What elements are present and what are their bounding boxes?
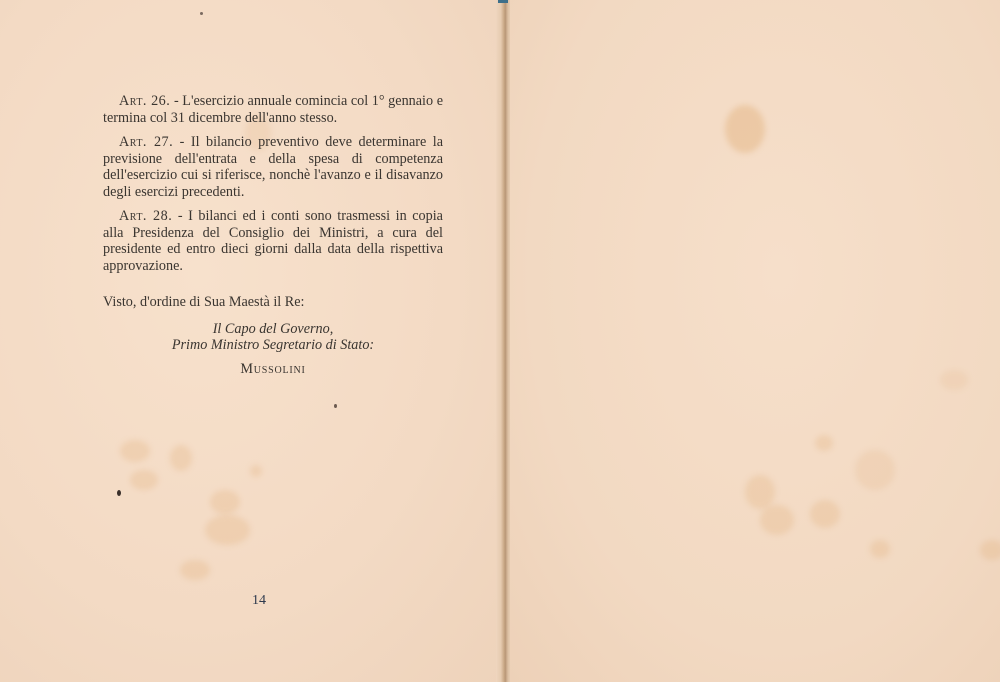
foxing-stain — [180, 560, 210, 580]
ink-speck — [334, 404, 337, 408]
foxing-stain — [745, 475, 775, 509]
signature-name: Mussolini — [103, 361, 443, 378]
foxing-stain — [810, 500, 840, 528]
article-label: Art. 26. — [119, 93, 170, 109]
foxing-stain — [940, 370, 968, 390]
foxing-stain — [120, 440, 150, 462]
foxing-stain — [855, 450, 895, 490]
foxing-stain — [170, 445, 192, 471]
book-spread: Art. 26. - L'esercizio annuale comincia … — [0, 0, 1000, 682]
article-label: Art. 28. — [119, 208, 172, 224]
article-26: Art. 26. - L'esercizio annuale comincia … — [103, 93, 443, 126]
page-number: 14 — [252, 593, 266, 609]
article-label: Art. 27. — [119, 134, 173, 150]
foxing-stain — [725, 105, 765, 153]
left-page: Art. 26. - L'esercizio annuale comincia … — [0, 0, 500, 682]
foxing-stain — [980, 540, 1000, 560]
foxing-stain — [250, 465, 262, 477]
foxing-stain — [870, 540, 890, 558]
signature-title-line1: Il Capo del Governo, — [103, 321, 443, 337]
ink-speck — [200, 12, 203, 15]
visto-line: Visto, d'ordine di Sua Maestà il Re: — [103, 294, 443, 311]
gutter-top-edge — [498, 0, 508, 3]
right-page — [510, 0, 1000, 682]
foxing-stain — [210, 490, 240, 514]
foxing-stain — [815, 435, 833, 451]
foxing-stain — [130, 470, 158, 490]
article-text-block: Art. 26. - L'esercizio annuale comincia … — [103, 93, 443, 377]
ink-speck — [117, 490, 121, 496]
foxing-stain — [760, 505, 794, 535]
foxing-stain — [205, 515, 250, 545]
article-28: Art. 28. - I bilanci ed i conti sono tra… — [103, 208, 443, 274]
signature-block: Il Capo del Governo, Primo Ministro Segr… — [103, 321, 443, 353]
signature-title-line2: Primo Ministro Segretario di Stato: — [103, 337, 443, 353]
article-27: Art. 27. - Il bilancio preventivo deve d… — [103, 134, 443, 200]
